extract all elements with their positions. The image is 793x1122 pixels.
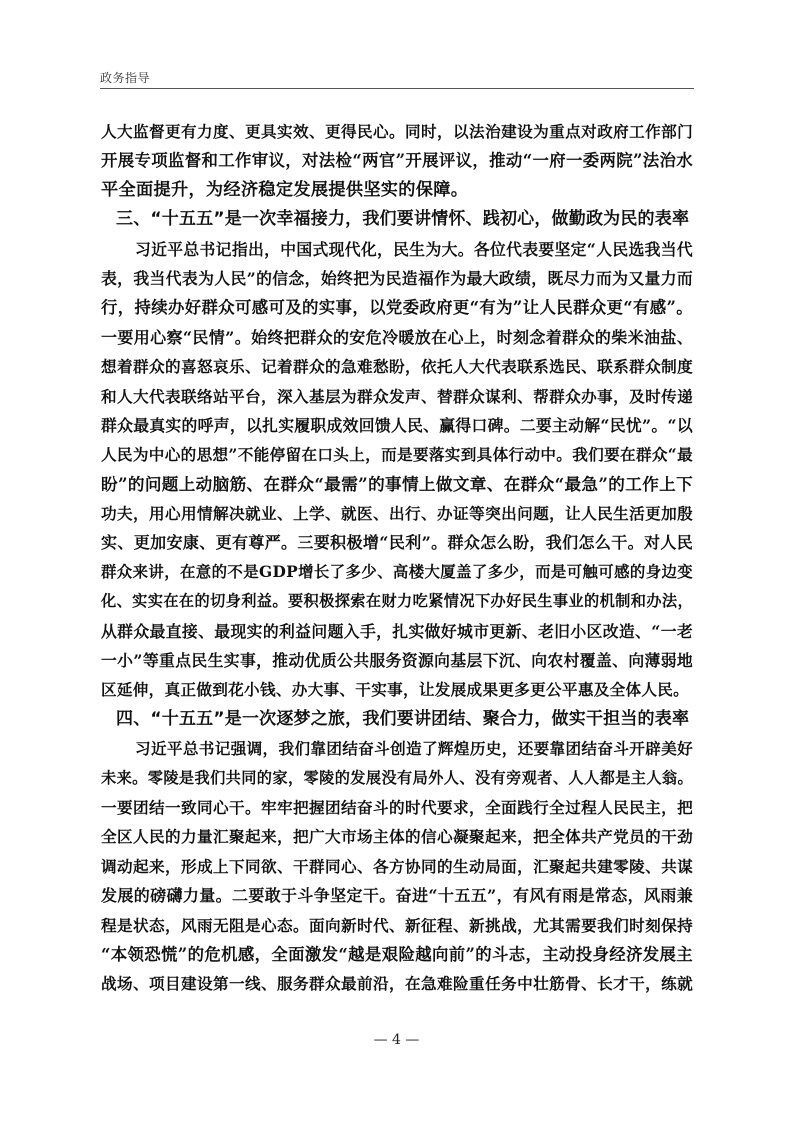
paragraph-last-line: 平全面提升，为经济稳定发展提供坚实的保障。 — [101, 176, 693, 205]
body-text-line: 化、实实在在的切身利益。要积极探索在财力吃紧情况下办好民生事业的机制和办法， — [101, 587, 693, 616]
body-text-line: 功夫，用心用情解决就业、上学、就医、出行、办证等突出问题，让人民生活更加殷 — [101, 499, 693, 528]
body-text-line: 一小”等重点民生实事，推动优质公共服务资源向基层下沉、向农村覆盖、向薄弱地 — [101, 646, 693, 675]
header-rule — [100, 88, 694, 89]
document-body: 人大监督更有力度、更具实效、更得民心。同时，以法治建设为重点对政府工作部门开展专… — [101, 117, 693, 999]
body-text-line: 想着群众的喜怒哀乐、记着群众的急难愁盼，依托人大代表联系选民、联系群众制度 — [101, 352, 693, 381]
body-text-line: “本领恐慌”的危机感，全面激发“越是艰险越向前”的斗志，主动投身经济发展主 — [101, 940, 693, 969]
body-text-line: 人大监督更有力度、更具实效、更得民心。同时，以法治建设为重点对政府工作部门 — [101, 117, 693, 146]
body-text-line: 群众最真实的呼声，以扎实履职成效回馈人民、赢得口碑。二要主动解“民忧”。“以 — [101, 411, 693, 440]
body-text-line: 一要团结一致同心干。牢牢把握团结奋斗的时代要求，全面践行全过程人民民主，把 — [101, 793, 693, 822]
body-text-line: 未来。零陵是我们共同的家，零陵的发展没有局外人、没有旁观者、人人都是主人翁。 — [101, 764, 693, 793]
body-text-line: 人民为中心的思想”不能停留在口头上，而是要落实到具体行动中。我们要在群众“最 — [101, 440, 693, 469]
paragraph-first-line: 习近平总书记指出，中国式现代化，民生为大。各位代表要坚定“人民选我当代 — [101, 235, 693, 264]
section-heading: 三、“十五五”是一次幸福接力，我们要讲情怀、践初心，做勤政为民的表率 — [101, 205, 693, 234]
body-text-line: 盼”的问题上动脑筋、在群众“最需”的事情上做文章、在群众“最急”的工作上下 — [101, 470, 693, 499]
body-text-line: 实、更加安康、更有尊严。三要积极增“民利”。群众怎么盼，我们怎么干。对人民 — [101, 528, 693, 557]
body-text-line: 行，持续办好群众可感可及的实事，以党委政府更“有为”让人民群众更“有感”。 — [101, 293, 693, 322]
body-text-line: 战场、项目建设第一线、服务群众最前沿，在急难险重任务中壮筋骨、长才干，练就 — [101, 969, 693, 998]
body-text-line: 群众来讲，在意的不是GDP增长了多少、高楼大厦盖了多少，而是可触可感的身边变 — [101, 558, 693, 587]
running-header-title: 政务指导 — [100, 70, 694, 86]
body-text-line: 开展专项监督和工作审议，对法检“两官”开展评议，推动“一府一委两院”法治水 — [101, 146, 693, 175]
body-text-line: 调动起来，形成上下同欲、干群同心、各方协同的生动局面，汇聚起共建零陵、共谋 — [101, 852, 693, 881]
body-text-line: 全区人民的力量汇聚起来，把广大市场主体的信心凝聚起来，把全体共产党员的干劲 — [101, 822, 693, 851]
body-text-line: 发展的磅礴力量。二要敢于斗争坚定干。奋进“十五五”，有风有雨是常态，风雨兼 — [101, 881, 693, 910]
body-text-line: 程是状态，风雨无阻是心态。面向新时代、新征程、新挑战，尤其需要我们时刻保持 — [101, 911, 693, 940]
body-text-line: 表，我当代表为人民”的信念，始终把为民造福作为最大政绩，既尽力而为又量力而 — [101, 264, 693, 293]
section-heading: 四、“十五五”是一次逐梦之旅，我们要讲团结、聚合力，做实干担当的表率 — [101, 705, 693, 734]
page-number: — 4 — — [0, 1032, 793, 1048]
paragraph-first-line: 习近平总书记强调，我们靠团结奋斗创造了辉煌历史，还要靠团结奋斗开辟美好 — [101, 734, 693, 763]
body-text-line: 从群众最直接、最现实的利益问题入手，扎实做好城市更新、老旧小区改造、“一老 — [101, 617, 693, 646]
body-text-line: 一要用心察“民情”。始终把群众的安危冷暖放在心上，时刻念着群众的柴米油盐、 — [101, 323, 693, 352]
paragraph-last-line: 区延伸，真正做到花小钱、办大事、干实事，让发展成果更多更公平惠及全体人民。 — [101, 675, 693, 704]
running-header: 政务指导 — [100, 70, 694, 89]
body-text-line: 和人大代表联络站平台，深入基层为群众发声、替群众谋利、帮群众办事，及时传递 — [101, 382, 693, 411]
